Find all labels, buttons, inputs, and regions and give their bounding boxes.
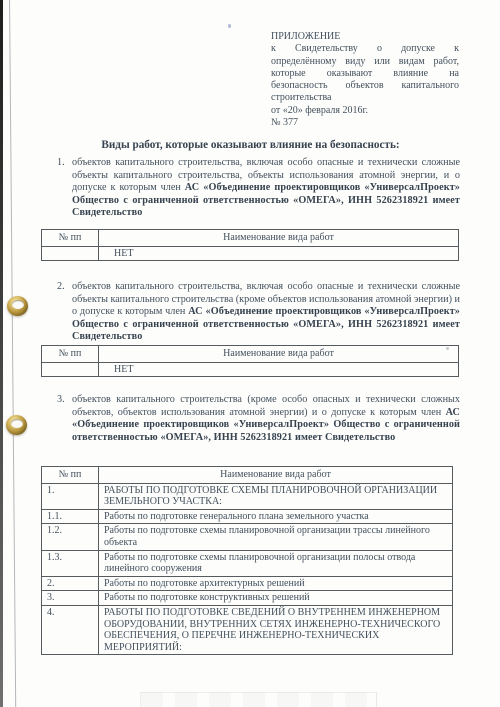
appendix-date: от «20» февраля 2016г.	[271, 105, 459, 117]
binding-eyelet-bottom	[6, 415, 27, 435]
table-header-row: № пп Наименование вида работ	[42, 346, 459, 363]
bleed-through-artifact	[140, 692, 377, 707]
cell-num: 1.	[42, 483, 99, 509]
table-row: 1.3. Работы по подготовке схемы планиров…	[42, 550, 453, 576]
cell-num: 2.	[42, 576, 99, 591]
appendix-description: к Свидетельству о допуске к определённом…	[271, 43, 459, 104]
table-row: 4. РАБОТЫ ПО ПОДГОТОВКЕ СВЕДЕНИЙ О ВНУТР…	[42, 605, 453, 654]
col-header-name: Наименование вида работ	[99, 230, 459, 247]
table-row: 3. Работы по подготовке конструктивных р…	[42, 591, 453, 606]
work-item-1: 1.объектов капитального строительства, в…	[57, 157, 460, 220]
scanned-page: ПРИЛОЖЕНИЕ к Свидетельству о допуске к о…	[0, 0, 500, 707]
cell-num: 1.3.	[42, 550, 99, 576]
cell-name: НЕТ	[99, 362, 459, 377]
appendix-label: ПРИЛОЖЕНИЕ	[271, 31, 459, 43]
work-item-3: 3.объектов капитального строительства (к…	[57, 394, 460, 444]
works-table-3: № пп Наименование вида работ 1. РАБОТЫ П…	[41, 466, 453, 655]
item-number: 1.	[57, 157, 65, 170]
cell-num: 1.2.	[42, 524, 99, 550]
cell-name: РАБОТЫ ПО ПОДГОТОВКЕ СХЕМЫ ПЛАНИРОВОЧНОЙ…	[99, 483, 453, 509]
section-title: Виды работ, которые оказывают влияние на…	[41, 139, 460, 151]
paper-edge-line	[9, 0, 16, 707]
table-row: 1.2. Работы по подготовке схемы планиров…	[42, 524, 453, 550]
cell-num: 1.1.	[42, 509, 99, 524]
appendix-header: ПРИЛОЖЕНИЕ к Свидетельству о допуске к о…	[271, 31, 459, 129]
table-header-row: № пп Наименование вида работ	[42, 467, 453, 484]
col-header-num: № пп	[42, 346, 99, 363]
col-header-name: Наименование вида работ	[99, 467, 453, 484]
binding-eyelet-top	[7, 296, 28, 316]
table-row: 1.1. Работы по подготовке генерального п…	[42, 509, 453, 524]
cell-name: Работы по подготовке схемы планировочной…	[99, 524, 453, 550]
table-row: 1. РАБОТЫ ПО ПОДГОТОВКЕ СХЕМЫ ПЛАНИРОВОЧ…	[42, 483, 453, 509]
scan-edge-shadow	[0, 0, 3, 707]
cell-name: РАБОТЫ ПО ПОДГОТОВКЕ СВЕДЕНИЙ О ВНУТРЕНН…	[99, 605, 453, 654]
cell-name: Работы по подготовке архитектурных решен…	[99, 576, 453, 591]
cell-name: НЕТ	[99, 246, 459, 261]
col-header-num: № пп	[42, 230, 99, 247]
ink-speck	[228, 24, 231, 28]
table-header-row: № пп Наименование вида работ	[42, 230, 459, 247]
col-header-name: Наименование вида работ	[99, 346, 459, 363]
works-table-1: № пп Наименование вида работ НЕТ	[41, 229, 459, 261]
cell-num	[42, 362, 99, 377]
table-row: НЕТ	[42, 246, 459, 261]
cell-num	[42, 246, 99, 261]
item-text: объектов капитального строительства (кро…	[72, 394, 460, 418]
table-row: НЕТ	[42, 362, 459, 377]
cell-num: 4.	[42, 605, 99, 654]
cell-name: Работы по подготовке конструктивных реше…	[99, 591, 453, 606]
cell-name: Работы по подготовке генерального плана …	[99, 509, 453, 524]
table-row: 2. Работы по подготовке архитектурных ре…	[42, 576, 453, 591]
cell-name: Работы по подготовке схемы планировочной…	[99, 550, 453, 576]
works-table-2: № пп Наименование вида работ НЕТ	[41, 345, 459, 377]
work-item-2: 2.объектов капитального строительства, в…	[57, 281, 460, 344]
item-number: 3.	[57, 394, 65, 407]
cell-num: 3.	[42, 591, 99, 606]
appendix-number: № 377	[271, 117, 459, 129]
col-header-num: № пп	[42, 467, 99, 484]
item-number: 2.	[57, 281, 65, 294]
